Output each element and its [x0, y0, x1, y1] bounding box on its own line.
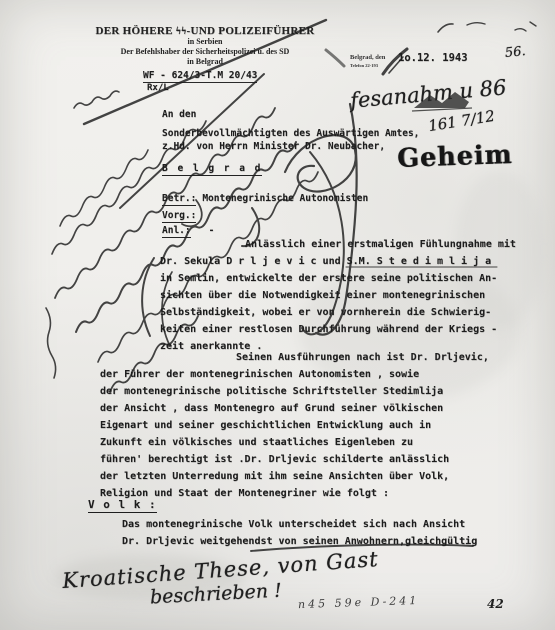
geheim-stamp: Geheim [397, 140, 513, 174]
subject-line: Betr.:Montenegrinische Autonomisten [162, 193, 368, 204]
body-paragraph-2: Seinen Ausführungen nach ist Dr. Drljevi… [100, 349, 489, 502]
handwriting-top-right-line2: 161 7/12 [427, 107, 496, 135]
archive-reference: n45 59e D-241 [298, 594, 420, 611]
printed-phone: Telefon 22-193 [350, 63, 378, 68]
anl-text: - [209, 225, 215, 236]
address-line3: z.Hd. von Herrn Minister Dr. Neubacher, [162, 141, 385, 152]
handwriting-top-right-line1: fesanahm u 86 [349, 75, 507, 113]
address-line2: Sonderbevollmächtigten des Auswärtigen A… [162, 128, 419, 139]
vorg-label: Vorg.: [162, 210, 196, 223]
page-number: 42 [487, 597, 504, 611]
address-line1: An den [162, 109, 196, 120]
letterhead: DER HÖHERE ϟϟ-UND POLIZEIFÜHRER in Serbi… [80, 25, 330, 67]
pen-stroke [142, 258, 154, 336]
letterhead-subtitle1: in Serbien [80, 37, 330, 47]
body-paragraph-3: Das montenegrinische Volk unterscheidet … [122, 516, 477, 550]
letterhead-subtitle2: Der Befehlshaber der Sicherheitspolizei … [80, 47, 330, 57]
pen-mark [515, 29, 526, 31]
file-reference: WF - 624/3-T.M 20/43 Rx/L [143, 70, 257, 93]
pen-mark [438, 24, 453, 32]
vorg-line: Vorg.: [162, 210, 196, 221]
typed-date: 1o.12. 1943 [398, 52, 468, 64]
anl-line: Anl.:- [162, 225, 214, 236]
address-city: B e l g r a d [162, 163, 262, 176]
printed-place: Belgrad, den [350, 54, 385, 61]
pen-mark [530, 22, 536, 26]
scanned-document-page: DER HÖHERE ϟϟ-UND POLIZEIFÜHRER in Serbi… [0, 0, 555, 630]
betr-label: Betr.: [162, 193, 196, 206]
pen-mark [467, 23, 485, 25]
cursive-scrawl [46, 308, 56, 378]
betr-text: Montenegrinische Autonomisten [202, 193, 368, 204]
cursive-scrawl [74, 91, 119, 108]
file-reference-line2: Rx/L [143, 83, 257, 93]
file-reference-line1: WF - 624/3-T.M 20/43 [143, 70, 257, 83]
letterhead-subtitle3: in Belgrad [80, 57, 330, 67]
cursive-scrawl [60, 150, 148, 226]
letterhead-title: DER HÖHERE ϟϟ-UND POLIZEIFÜHRER [80, 25, 330, 37]
handwritten-number: 56. [504, 44, 526, 61]
body-paragraph-1: Anlässlich einer erstmaligen Fühlungnahm… [160, 236, 516, 355]
volk-heading: V o l k : [88, 498, 157, 513]
